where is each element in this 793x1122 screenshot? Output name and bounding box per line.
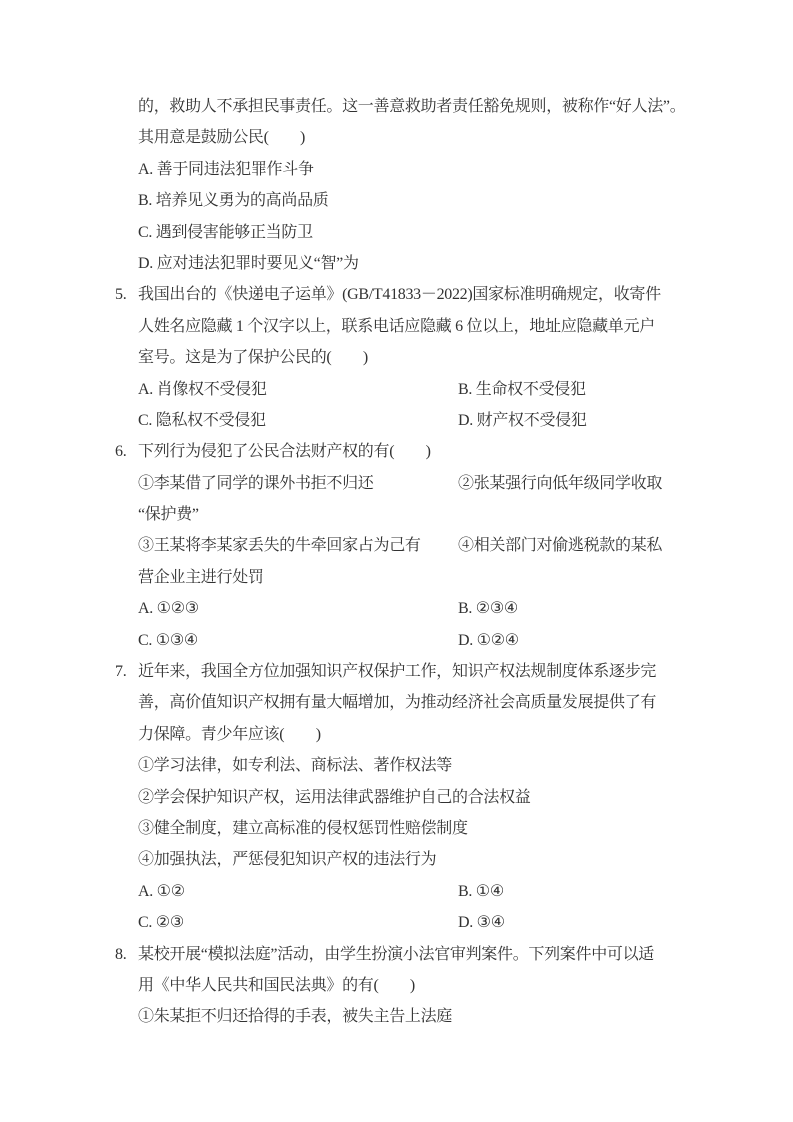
q4-stem-row-1: 的，救助人不承担民事责任。这一善意救助者责任豁免规则，被称作“好人法”。 xyxy=(0,91,793,122)
q7-item-4: ④加强执法，严惩侵犯知识产权的违法行为 xyxy=(138,844,436,875)
q4-option-row-d: D. 应对违法犯罪时要见义“智”为 xyxy=(0,248,793,279)
q8-stem-line-1: 某校开展“模拟法庭”活动，由学生扮演小法官审判案件。下列案件中可以适 xyxy=(138,939,654,970)
q7-item-1: ①学习法律，如专利法、商标法、著作权法等 xyxy=(138,750,452,781)
q7-option-d: D. ③④ xyxy=(458,907,505,938)
q7-item-row-2: ②学会保护知识产权，运用法律武器维护自己的合法权益 xyxy=(0,782,793,813)
q8-number: 8. xyxy=(115,939,126,970)
q7-item-row-4: ④加强执法，严惩侵犯知识产权的违法行为 xyxy=(0,844,793,875)
q7-option-row-cd: C. ②③ D. ③④ xyxy=(0,907,793,938)
q5-option-row-ab: A. 肖像权不受侵犯 B. 生命权不受侵犯 xyxy=(0,374,793,405)
q4-option-row-b: B. 培养见义勇为的高尚品质 xyxy=(0,185,793,216)
q7-item-2: ②学会保护知识产权，运用法律武器维护自己的合法权益 xyxy=(138,782,531,813)
q6-option-a: A. ①②③ xyxy=(138,593,199,624)
q6-stem-line-1: 下列行为侵犯了公民合法财产权的有( ) xyxy=(138,436,431,467)
q6-option-row-ab: A. ①②③ B. ②③④ xyxy=(0,593,793,624)
q5-number: 5. xyxy=(115,279,126,310)
q5-stem-line-2: 人姓名应隐藏 1 个汉字以上，联系电话应隐藏 6 位以上，地址应隐藏单元户 xyxy=(138,311,655,342)
q6-item-3: ③王某将李某家丢失的牛牵回家占为己有 xyxy=(138,530,421,561)
q6-item-row-4: 营企业主进行处罚 xyxy=(0,562,793,593)
q7-stem-line-2: 善，高价值知识产权拥有量大幅增加，为推动经济社会高质量发展提供了有 xyxy=(138,687,656,718)
q7-item-row-3: ③健全制度，建立高标准的侵权惩罚性赔偿制度 xyxy=(0,813,793,844)
q5-option-c: C. 隐私权不受侵犯 xyxy=(138,405,266,436)
q7-option-a: A. ①② xyxy=(138,876,185,907)
q6-item-1: ①李某借了同学的课外书拒不归还 xyxy=(138,468,374,499)
q5-option-b: B. 生命权不受侵犯 xyxy=(458,374,586,405)
q5-stem-row-1: 5. 我国出台的《快递电子运单》(GB/T41833－2022)国家标准明确规定… xyxy=(0,279,793,310)
q6-item-row-1: ①李某借了同学的课外书拒不归还 ②张某强行向低年级同学收取 xyxy=(0,468,793,499)
q6-item-4-continuation: 营企业主进行处罚 xyxy=(138,562,264,593)
q7-option-b: B. ①④ xyxy=(458,876,504,907)
q4-option-a: A. 善于同违法犯罪作斗争 xyxy=(138,154,314,185)
q7-number: 7. xyxy=(115,656,126,687)
q5-option-row-cd: C. 隐私权不受侵犯 D. 财产权不受侵犯 xyxy=(0,405,793,436)
exam-page: 的，救助人不承担民事责任。这一善意救助者责任豁免规则，被称作“好人法”。 其用意… xyxy=(0,0,793,1122)
q7-item-3: ③健全制度，建立高标准的侵权惩罚性赔偿制度 xyxy=(138,813,468,844)
q6-item-2-continuation: “保护费” xyxy=(138,499,199,530)
q6-item-4: ④相关部门对偷逃税款的某私 xyxy=(458,530,662,561)
q7-item-row-1: ①学习法律，如专利法、商标法、著作权法等 xyxy=(0,750,793,781)
q6-number: 6. xyxy=(115,436,126,467)
q4-option-b: B. 培养见义勇为的高尚品质 xyxy=(138,185,328,216)
q4-option-c: C. 遇到侵害能够正当防卫 xyxy=(138,217,313,248)
q8-stem-line-2: 用《中华人民共和国民法典》的有( ) xyxy=(138,970,415,1001)
q4-stem-line-2: 其用意是鼓励公民( ) xyxy=(138,122,305,153)
q7-option-c: C. ②③ xyxy=(138,907,184,938)
q7-stem-row-3: 力保障。青少年应该( ) xyxy=(0,719,793,750)
q6-stem-row-1: 6. 下列行为侵犯了公民合法财产权的有( ) xyxy=(0,436,793,467)
q7-stem-row-2: 善，高价值知识产权拥有量大幅增加，为推动经济社会高质量发展提供了有 xyxy=(0,687,793,718)
q8-item-row-1: ①朱某拒不归还拾得的手表，被失主告上法庭 xyxy=(0,1001,793,1032)
q7-stem-line-1: 近年来，我国全方位加强知识产权保护工作，知识产权法规制度体系逐步完 xyxy=(138,656,656,687)
q7-stem-row-1: 7. 近年来，我国全方位加强知识产权保护工作，知识产权法规制度体系逐步完 xyxy=(0,656,793,687)
q5-stem-line-1: 我国出台的《快递电子运单》(GB/T41833－2022)国家标准明确规定，收寄… xyxy=(138,279,661,310)
q5-stem-row-3: 室号。这是为了保护公民的( ) xyxy=(0,342,793,373)
q6-item-2: ②张某强行向低年级同学收取 xyxy=(458,468,662,499)
q4-option-row-a: A. 善于同违法犯罪作斗争 xyxy=(0,154,793,185)
q8-stem-row-2: 用《中华人民共和国民法典》的有( ) xyxy=(0,970,793,1001)
q4-option-d: D. 应对违法犯罪时要见义“智”为 xyxy=(138,248,359,279)
exam-text-block: 的，救助人不承担民事责任。这一善意救助者责任豁免规则，被称作“好人法”。 其用意… xyxy=(0,91,793,1033)
q6-option-row-cd: C. ①③④ D. ①②④ xyxy=(0,625,793,656)
q8-item-1: ①朱某拒不归还拾得的手表，被失主告上法庭 xyxy=(138,1001,452,1032)
q7-option-row-ab: A. ①② B. ①④ xyxy=(0,876,793,907)
q6-item-row-3: ③王某将李某家丢失的牛牵回家占为己有 ④相关部门对偷逃税款的某私 xyxy=(0,530,793,561)
q6-option-c: C. ①③④ xyxy=(138,625,198,656)
q5-stem-line-3: 室号。这是为了保护公民的( ) xyxy=(138,342,368,373)
q7-stem-line-3: 力保障。青少年应该( ) xyxy=(138,719,321,750)
q6-option-d: D. ①②④ xyxy=(458,625,519,656)
q5-option-a: A. 肖像权不受侵犯 xyxy=(138,374,267,405)
q4-stem-line-1: 的，救助人不承担民事责任。这一善意救助者责任豁免规则，被称作“好人法”。 xyxy=(138,91,685,122)
q8-stem-row-1: 8. 某校开展“模拟法庭”活动，由学生扮演小法官审判案件。下列案件中可以适 xyxy=(0,939,793,970)
q5-stem-row-2: 人姓名应隐藏 1 个汉字以上，联系电话应隐藏 6 位以上，地址应隐藏单元户 xyxy=(0,311,793,342)
q4-stem-row-2: 其用意是鼓励公民( ) xyxy=(0,122,793,153)
q6-option-b: B. ②③④ xyxy=(458,593,518,624)
q4-option-row-c: C. 遇到侵害能够正当防卫 xyxy=(0,217,793,248)
q5-option-d: D. 财产权不受侵犯 xyxy=(458,405,587,436)
q6-item-row-2: “保护费” xyxy=(0,499,793,530)
